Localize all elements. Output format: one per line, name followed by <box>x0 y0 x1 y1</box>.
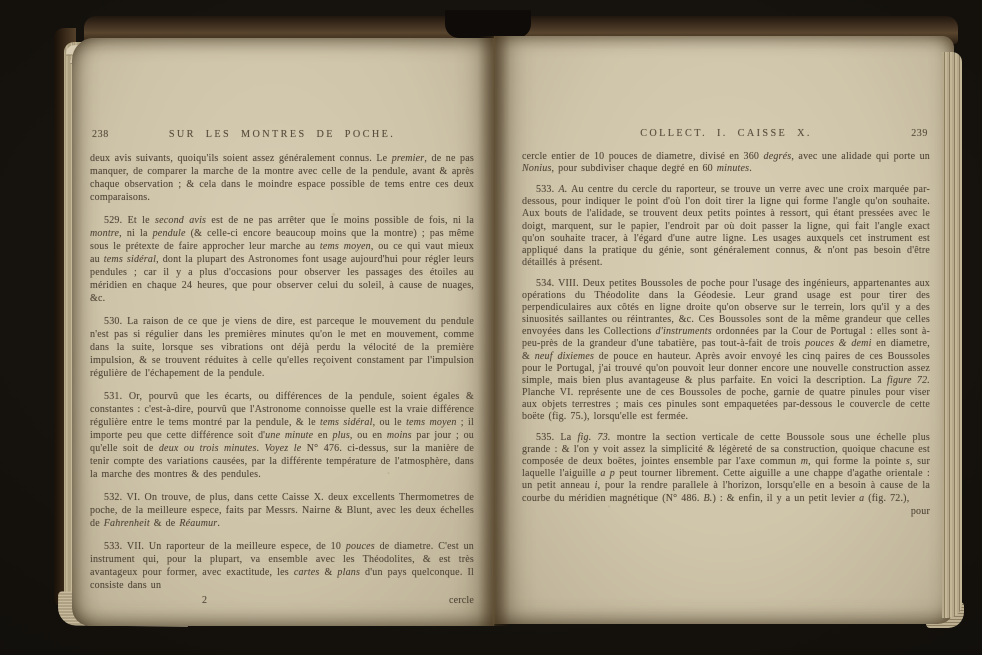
right-page-number: 239 <box>911 128 928 140</box>
right-page-footer: pour <box>522 506 930 518</box>
paragraph-continuation: cercle entier de 10 pouces de diametre, … <box>522 151 930 175</box>
gutter-top-notch <box>445 10 531 38</box>
gutter-crease <box>493 40 495 622</box>
right-page-text: COLLECT. I. CAISSE X. 239 cercle entier … <box>522 128 930 518</box>
paragraph-535: 535. La fig. 73. montre la section verti… <box>522 432 930 505</box>
paragraph-534: 534. VIII. Deux petites Boussoles de poc… <box>522 278 930 423</box>
paragraph-533: 533. VII. Un raporteur de la meilleure e… <box>90 540 474 592</box>
book-photo: 238 SUR LES MONTRES DE POCHE. deux avis … <box>0 0 982 655</box>
paragraph-532: 532. VI. On trouve, de plus, dans cette … <box>90 491 474 530</box>
left-running-head: 238 SUR LES MONTRES DE POCHE. <box>90 128 474 141</box>
paragraph-530: 530. La raison de ce que je viens de dir… <box>90 315 474 380</box>
right-running-head: COLLECT. I. CAISSE X. 239 <box>522 128 930 140</box>
paragraph-529: 529. Et le second avis est de ne pas arr… <box>90 214 474 305</box>
signature-mark: 2 <box>202 594 207 607</box>
left-page-footer: 2 cercle <box>90 594 474 607</box>
left-running-title: SUR LES MONTRES DE POCHE. <box>169 129 395 140</box>
left-page-text: 238 SUR LES MONTRES DE POCHE. deux avis … <box>90 128 474 607</box>
left-page-number: 238 <box>92 128 109 141</box>
paragraph-533a: 533. A. Au centre du cercle du raporteur… <box>522 184 930 269</box>
catchword-right: pour <box>911 506 930 517</box>
paragraph-531: 531. Or, pourvû que les écarts, ou diffé… <box>90 390 474 481</box>
page-edge-stack-right <box>942 52 962 618</box>
paragraph-continuation: deux avis suivants, quoiqu'ils soient as… <box>90 152 474 204</box>
catchword-left: cercle <box>449 594 474 607</box>
right-running-title: COLLECT. I. CAISSE X. <box>640 128 812 139</box>
